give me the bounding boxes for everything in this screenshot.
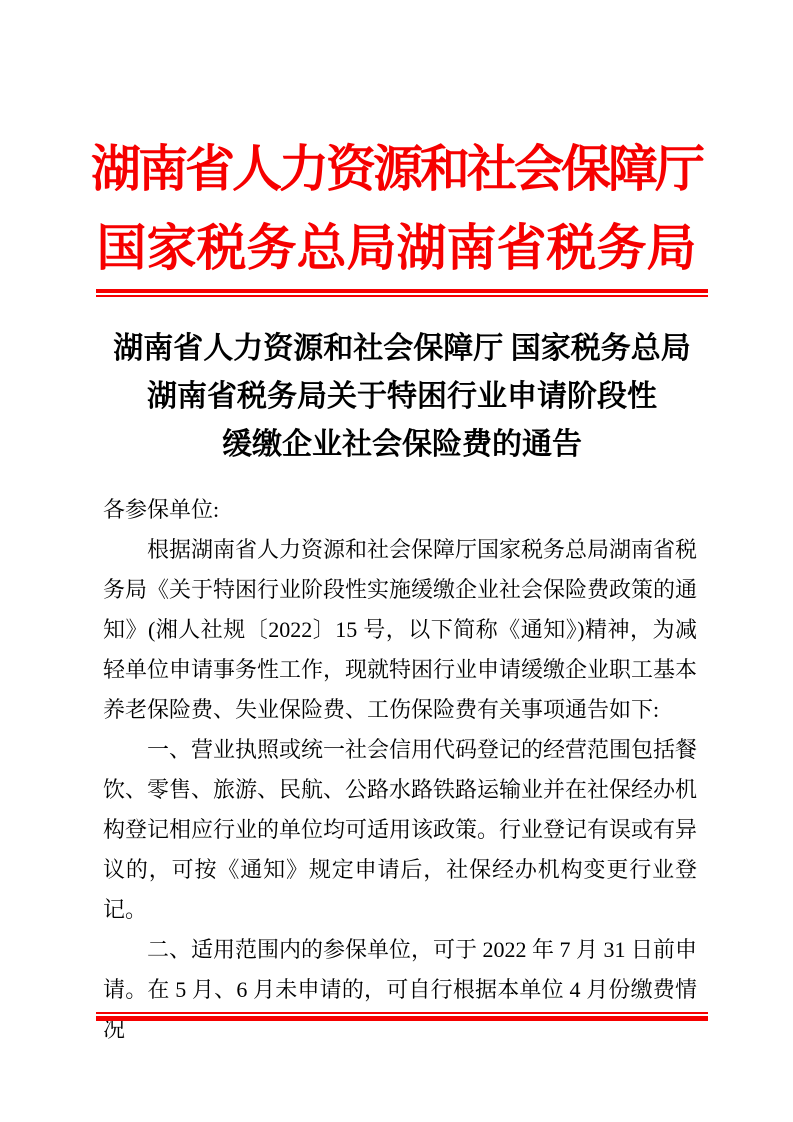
document-title-line-1: 湖南省人力资源和社会保障厅 国家税务总局 [47,325,757,373]
document-title-line-2: 湖南省税务局关于特困行业申请阶段性 [47,373,757,421]
divider-thick-line [96,1016,708,1021]
body-paragraph-1: 根据湖南省人力资源和社会保障厅国家税务总局湖南省税务局《关于特困行业阶段性实施缓… [103,530,697,730]
letterhead-agency-line-1: 湖南省人力资源和社会保障厅 [0,130,793,209]
letterhead: 湖南省人力资源和社会保障厅 国家税务总局湖南省税务局 [0,130,793,288]
document-body: 各参保单位: 根据湖南省人力资源和社会保障厅国家税务总局湖南省税务局《关于特困行… [103,490,697,1050]
divider-thin-line [96,295,708,297]
document-title-line-3: 缓缴企业社会保险费的通告 [47,421,757,469]
salutation: 各参保单位: [103,490,697,530]
document-page: 湖南省人力资源和社会保障厅 国家税务总局湖南省税务局 湖南省人力资源和社会保障厅… [0,0,793,1122]
document-title: 湖南省人力资源和社会保障厅 国家税务总局 湖南省税务局关于特困行业申请阶段性 缓… [47,325,757,469]
footer-divider [96,1012,708,1021]
letterhead-divider [96,289,708,297]
body-paragraph-2: 一、营业执照或统一社会信用代码登记的经营范围包括餐饮、零售、旅游、民航、公路水路… [103,730,697,930]
letterhead-agency-line-2: 国家税务总局湖南省税务局 [0,209,793,288]
body-paragraph-3: 二、适用范围内的参保单位，可于 2022 年 7 月 31 日前申请。在 5 月… [103,930,697,1050]
